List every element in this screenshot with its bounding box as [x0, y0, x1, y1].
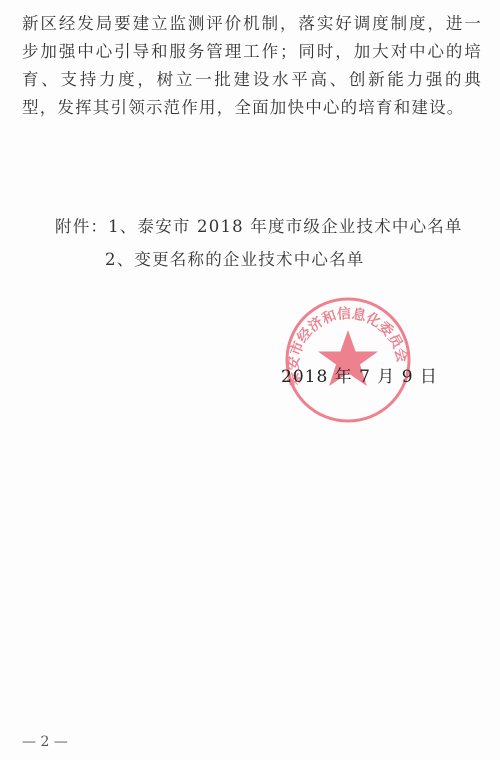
attachment-label: 附件：	[55, 217, 108, 236]
attachment-item-1: 1、泰安市 2018 年度市级企业技术中心名单	[108, 217, 463, 236]
page-number: — 2 —	[22, 734, 68, 750]
document-date: 2018 年 7 月 9 日	[281, 362, 438, 387]
official-seal: 泰安市经济和信息化委员会	[284, 296, 412, 424]
attachment-line-2: 2、变更名称的企业技术中心名单	[105, 246, 365, 270]
attachment-item-2: 2、变更名称的企业技术中心名单	[105, 250, 365, 269]
body-paragraph: 新区经发局要建立监测评价机制，落实好调度制度，进一步加强中心引导和服务管理工作；…	[22, 10, 482, 122]
attachment-line-1: 附件：1、泰安市 2018 年度市级企业技术中心名单	[55, 213, 463, 237]
